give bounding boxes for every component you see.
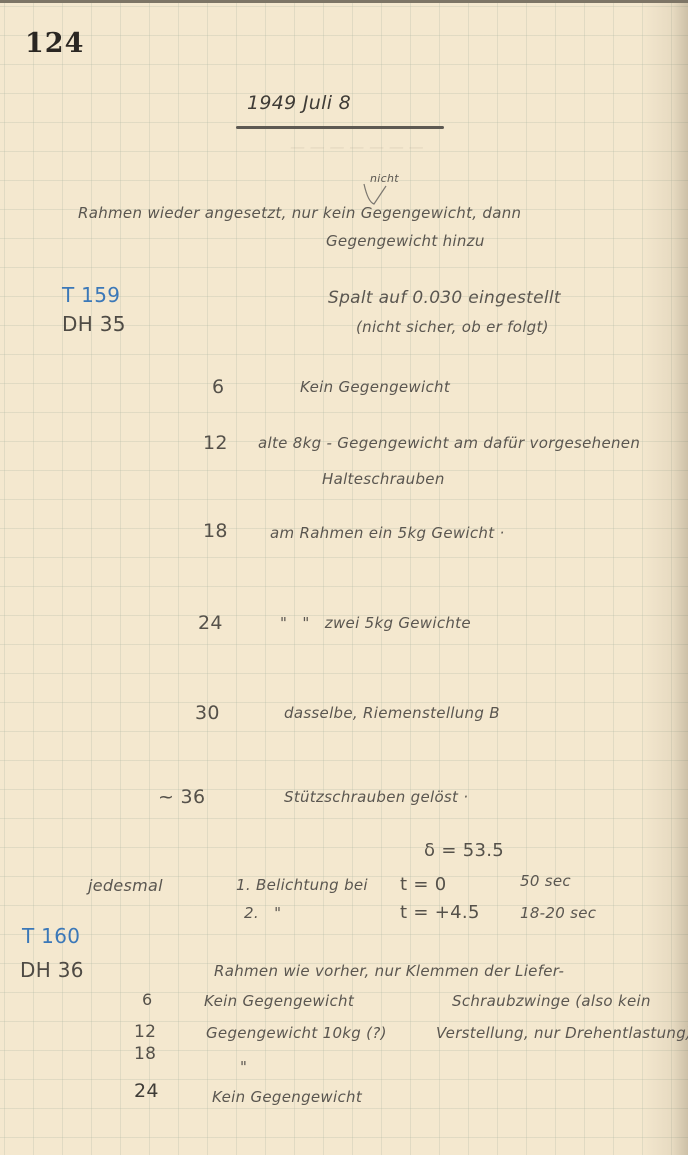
experiment-label-t160: T 160 [22,924,80,948]
summary-delta: δ = 53.5 [424,840,504,861]
t159-entry-12-cont: Halteschrauben [322,470,445,488]
summary-row2-label: 2. " [244,904,281,922]
title-underline [236,126,444,129]
insertion-caret-icon [362,182,388,206]
notebook-page: 124 1949 Juli 8 — — — — — — — nicht Rahm… [0,0,688,1155]
t160-entry-24: Kein Gegengewicht [212,1088,362,1106]
t160-time-24: 24 [134,1080,159,1102]
t159-entry-24: " " zwei 5kg Gewichte [280,614,471,632]
summary-row2-duration: 18-20 sec [520,904,596,922]
intro-line-2: Gegengewicht hinzu [326,232,485,250]
bleed-through-text: — — — — — — — [290,138,424,156]
t159-time-30: 30 [195,702,220,724]
t160-note: Rahmen wie vorher, nur Klemmen der Liefe… [214,962,564,980]
t159-entry-6: Kein Gegengewicht [300,378,450,396]
t160-entry-6: Kein Gegengewicht [204,992,354,1010]
summary-row2-t: t = +4.5 [400,902,480,923]
t160-entry-18: " [240,1058,247,1076]
intro-insertion: nicht [370,172,399,185]
t160-side-note-2: Verstellung, nur Drehentlastung) [436,1024,688,1042]
t160-side-note-1: Schraubzwinge (also kein [452,992,651,1010]
t160-time-18: 18 [134,1044,156,1064]
page-title: 1949 Juli 8 [247,92,351,114]
t159-entry-30: dasselbe, Riemenstellung B [284,704,500,722]
summary-lead: jedesmal [88,876,163,895]
page-number: 124 [25,28,84,59]
t160-time-6: 6 [142,990,152,1009]
t159-time-36: ~ 36 [158,786,205,808]
summary-row1-label: 1. Belichtung bei [236,876,368,894]
t159-entry-36: Stützschrauben gelöst · [284,788,468,806]
t159-entry-12: alte 8kg - Gegengewicht am dafür vorgese… [258,434,640,452]
t159-time-18: 18 [203,520,228,542]
t160-time-12: 12 [134,1022,156,1042]
t159-time-6: 6 [212,376,224,398]
t159-time-24: 24 [198,612,223,634]
intro-line-1: Rahmen wieder angesetzt, nur kein Gegeng… [78,204,521,222]
experiment-label-t159: T 159 [62,283,120,307]
t159-note-line-1: Spalt auf 0.030 eingestellt [328,288,561,308]
plate-label-dh36: DH 36 [20,958,84,982]
page-top-edge [0,0,688,3]
t160-entry-12: Gegengewicht 10kg (?) [206,1024,387,1042]
t159-time-12: 12 [203,432,228,454]
plate-label-dh35: DH 35 [62,312,126,336]
t159-entry-18: am Rahmen ein 5kg Gewicht · [270,524,505,542]
summary-row1-duration: 50 sec [520,872,571,890]
t159-note-line-2: (nicht sicher, ob er folgt) [356,318,549,336]
summary-row1-t: t = 0 [400,874,447,895]
